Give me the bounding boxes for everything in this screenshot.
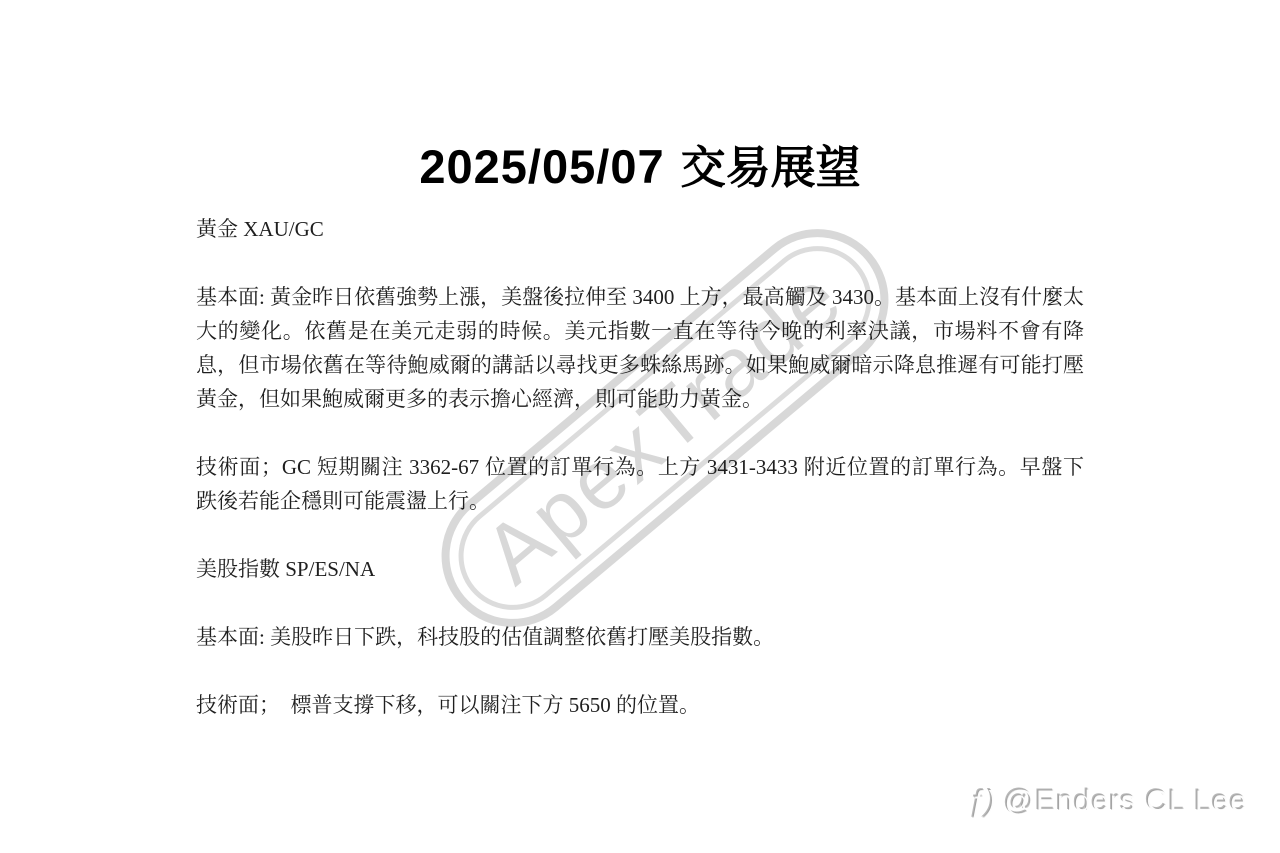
f-bubble-logo-icon: ƒ) — [969, 784, 997, 820]
document-body: 2025/05/07交易展望 黃金 XAU/GC 基本面: 黃金昨日依舊強勢上漲… — [0, 0, 1280, 853]
page-title: 2025/05/07交易展望 — [0, 131, 1280, 196]
title-date: 2025/05/07 — [419, 140, 664, 193]
us-indices-fundamentals-paragraph: 基本面: 美股昨日下跌，科技股的估值調整依舊打壓美股指數。 — [196, 620, 1084, 654]
section-heading-gold: 黃金 XAU/GC — [196, 212, 1084, 246]
gold-fundamentals-paragraph: 基本面: 黃金昨日依舊強勢上漲，美盤後拉伸至 3400 上方，最高觸及 3430… — [196, 280, 1084, 416]
author-signature: ƒ) @Enders CL Lee — [969, 784, 1248, 820]
document-page: ApexTrade 2025/05/07交易展望 黃金 XAU/GC 基本面: … — [0, 0, 1280, 853]
title-label: 交易展望 — [681, 143, 861, 193]
us-indices-technicals-paragraph: 技術面； 標普支撐下移，可以關注下方 5650 的位置。 — [196, 688, 1084, 722]
section-heading-us-indices: 美股指數 SP/ES/NA — [196, 552, 1084, 586]
author-handle: @Enders CL Lee — [1005, 785, 1248, 819]
document-content: 黃金 XAU/GC 基本面: 黃金昨日依舊強勢上漲，美盤後拉伸至 3400 上方… — [196, 212, 1084, 756]
gold-technicals-paragraph: 技術面；GC 短期關注 3362-67 位置的訂單行為。上方 3431-3433… — [196, 450, 1084, 518]
